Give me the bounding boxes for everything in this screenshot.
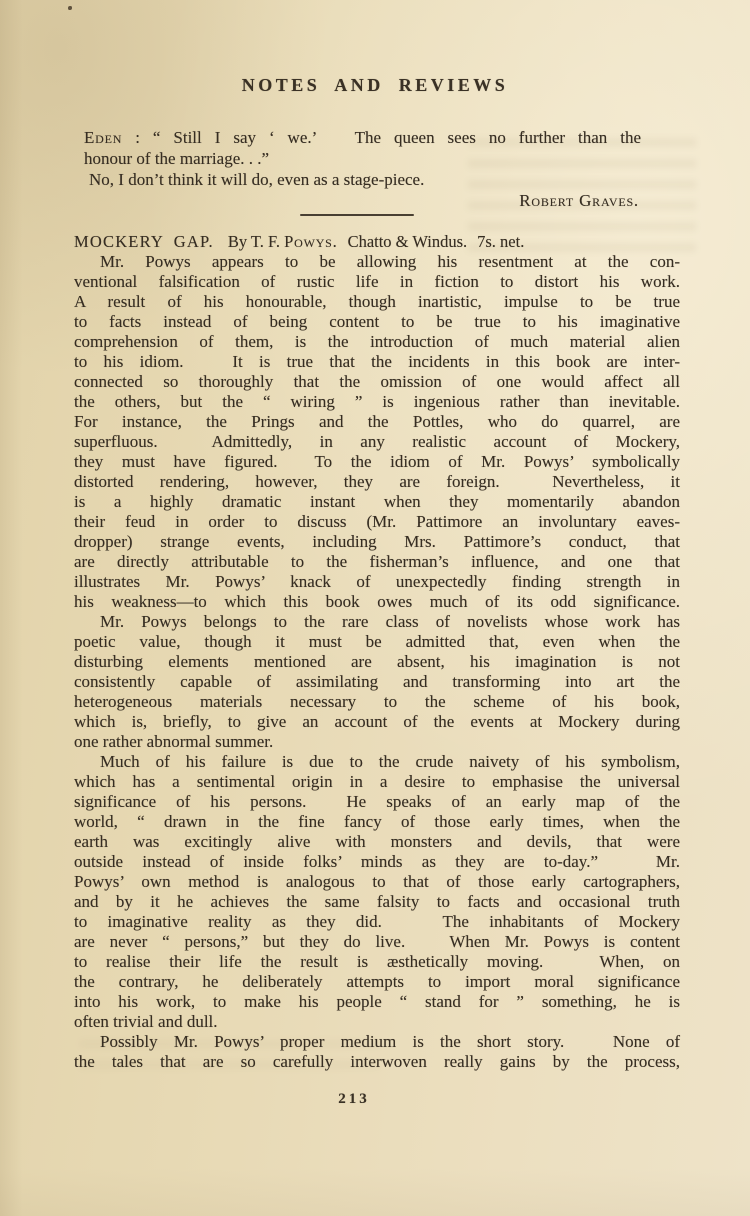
text-line: heterogeneous materials necessary to the… xyxy=(74,692,680,712)
text-line: outside instead of inside folks’ minds a… xyxy=(74,852,680,872)
review-heading: MOCKERY GAP.By T. F. Powys.Chatto & Wind… xyxy=(74,232,684,252)
text-line: often trivial and dull. xyxy=(74,1012,680,1032)
text-line: illustrates Mr. Powys’ knack of unexpect… xyxy=(74,572,680,592)
page-number: 213 xyxy=(74,1091,634,1108)
text-line: to imaginative reality as they did. The … xyxy=(74,912,680,932)
text-line: into his work, to make his people “ stan… xyxy=(74,992,680,1012)
text-line: one rather abnormal summer. xyxy=(74,732,680,752)
by-label: By T. F. xyxy=(228,232,280,251)
text-line: and by it he achieves the same falsity t… xyxy=(74,892,680,912)
text-line: earth was excitingly alive with monsters… xyxy=(74,832,680,852)
section-divider-rule xyxy=(300,214,414,216)
text-line: Powys’ own method is analogous to that o… xyxy=(74,872,680,892)
ink-speck xyxy=(68,6,72,10)
text-line: which has a sentimental origin in a desi… xyxy=(74,772,680,792)
text-line: are directly attributable to the fisherm… xyxy=(74,552,680,572)
text-line: Mr. Powys appears to be allowing his res… xyxy=(74,252,680,272)
quote-speaker: Eden xyxy=(84,128,122,147)
book-page: NOTES AND REVIEWS Eden : “ Still I say ‘… xyxy=(0,0,750,1216)
page-header: NOTES AND REVIEWS xyxy=(0,75,750,96)
text-line: to facts instead of being content to be … xyxy=(74,312,680,332)
text-line: are never “ persons,” but they do live. … xyxy=(74,932,680,952)
text-line: to realise their life the result is æsth… xyxy=(74,952,680,972)
paragraph: Mr. Powys appears to be allowing his res… xyxy=(74,252,680,612)
text-line: his weakness—to which this book owes muc… xyxy=(74,592,680,612)
text-line: poetic value, though it must be admitted… xyxy=(74,632,680,652)
byline: By T. F. Powys. xyxy=(228,232,338,251)
text-line: For instance, the Prings and the Pottles… xyxy=(74,412,680,432)
quote-line-text: : “ Still I say ‘ we.’ The queen sees no… xyxy=(122,128,641,147)
quote-line: No, I don’t think it will do, even as a … xyxy=(84,169,641,190)
text-line: connected so thoroughly that the omissio… xyxy=(74,372,680,392)
text-line: the tales that are so carefully interwov… xyxy=(74,1052,680,1072)
text-line: the others, but the “ wiring ” is ingeni… xyxy=(74,392,680,412)
price: 7s. net. xyxy=(477,232,524,251)
quote-line: Eden : “ Still I say ‘ we.’ The queen se… xyxy=(84,127,641,148)
text-line: to his idiom. It is true that the incide… xyxy=(74,352,680,372)
text-line: comprehension of them, is the introducti… xyxy=(74,332,680,352)
text-line: is a highly dramatic instant when they m… xyxy=(74,492,680,512)
text-line: Possibly Mr. Powys’ proper medium is the… xyxy=(74,1032,680,1052)
paragraph: Possibly Mr. Powys’ proper medium is the… xyxy=(74,1032,680,1072)
text-line: disturbing elements mentioned are absent… xyxy=(74,652,680,672)
publisher: Chatto & Windus. xyxy=(348,232,468,251)
text-line: dropper) strange events, including Mrs. … xyxy=(74,532,680,552)
quote-signature: Robert Graves. xyxy=(84,190,641,211)
paragraph: Much of his failure is due to the crude … xyxy=(74,752,680,1032)
quote-block: Eden : “ Still I say ‘ we.’ The queen se… xyxy=(84,127,641,211)
text-line: they must have figured. To the idiom of … xyxy=(74,452,680,472)
quote-line: honour of the marriage. . .” xyxy=(84,148,641,169)
text-line: ventional falsification of rustic life i… xyxy=(74,272,680,292)
book-title: MOCKERY GAP. xyxy=(74,232,214,251)
author-name: Powys. xyxy=(284,232,337,251)
review-body: Mr. Powys appears to be allowing his res… xyxy=(74,252,680,1072)
text-line: their feud in order to discuss (Mr. Patt… xyxy=(74,512,680,532)
text-line: superfluous. Admittedly, in any realisti… xyxy=(74,432,680,452)
text-line: the contrary, he deliberately attempts t… xyxy=(74,972,680,992)
text-line: Mr. Powys belongs to the rare class of n… xyxy=(74,612,680,632)
text-line: Much of his failure is due to the crude … xyxy=(74,752,680,772)
text-line: which is, briefly, to give an account of… xyxy=(74,712,680,732)
text-line: A result of his honourable, though inart… xyxy=(74,292,680,312)
paragraph: Mr. Powys belongs to the rare class of n… xyxy=(74,612,680,752)
text-line: consistently capable of assimilating and… xyxy=(74,672,680,692)
text-line: distorted rendering, however, they are f… xyxy=(74,472,680,492)
text-line: significance of his persons. He speaks o… xyxy=(74,792,680,812)
text-line: world, “ drawn in the fine fancy of thos… xyxy=(74,812,680,832)
reviewer-name: Robert Graves. xyxy=(519,191,639,210)
